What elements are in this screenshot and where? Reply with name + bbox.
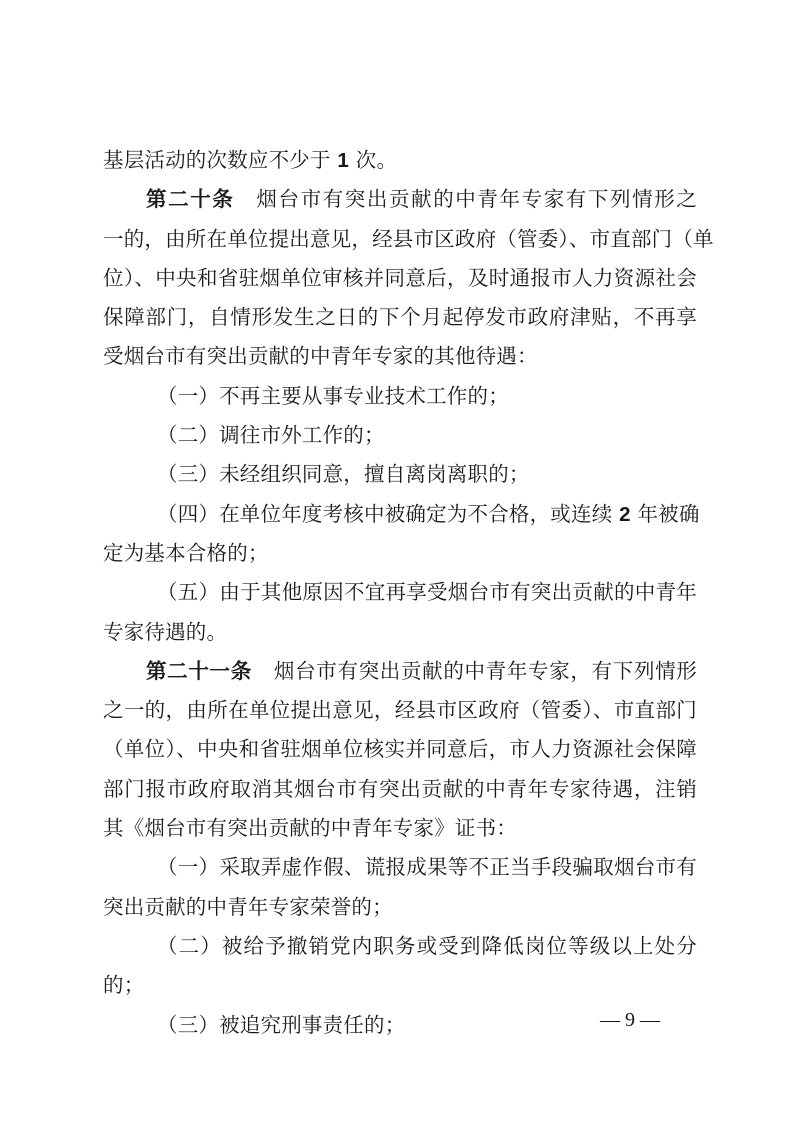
paragraph-line: 定为基本合格的； (103, 534, 697, 573)
paragraph-line: （单位）、中央和省驻烟单位核实并同意后，市人力资源社会保障 (103, 730, 697, 769)
list-item: （二）调往市外工作的； (103, 416, 697, 455)
article-21-heading-line: 第二十一条烟台市有突出贡献的中青年专家，有下列情形 (103, 652, 697, 691)
line-text: 基层活动的次数应不少于 (103, 148, 331, 172)
page-number: — 9 — (600, 1009, 660, 1032)
line-text: 烟台市有突出贡献的中青年专家，有下列情形 (274, 659, 697, 683)
list-item: （四）在单位年度考核中被确定为不合格，或连续 2 年被确 (103, 495, 697, 534)
article-20-heading-line: 第二十条烟台市有突出贡献的中青年专家有下列情形之 (103, 180, 697, 219)
paragraph-line: 保障部门，自情形发生之日的下个月起停发市政府津贴，不再享 (103, 298, 697, 337)
paragraph-line: 之一的，由所在单位提出意见，经县市区政府（管委）、市直部门 (103, 691, 697, 730)
paragraph-line: 受烟台市有突出贡献的中青年专家的其他待遇： (103, 337, 697, 376)
article-heading: 第二十条 (146, 187, 234, 211)
paragraph-line: 一的，由所在单位提出意见，经县市区政府（管委）、市直部门（单 (103, 220, 697, 259)
paragraph-line: 突出贡献的中青年专家荣誉的； (103, 888, 697, 927)
article-heading: 第二十一条 (146, 659, 252, 683)
list-item: （一）采取弄虚作假、谎报成果等不正当手段骗取烟台市有 (103, 848, 697, 887)
line-number-value: 2 (619, 503, 631, 526)
paragraph-line: 基层活动的次数应不少于 1 次。 (103, 141, 697, 180)
paragraph-line: 的； (103, 966, 697, 1005)
line-text: 年被确 (637, 502, 699, 526)
paragraph-line: 专家待遇的。 (103, 613, 697, 652)
document-body: 基层活动的次数应不少于 1 次。 第二十条烟台市有突出贡献的中青年专家有下列情形… (103, 141, 697, 1045)
line-text: 烟台市有突出贡献的中青年专家有下列情形之 (256, 187, 697, 211)
list-item: （二）被给予撤销党内职务或受到降低岗位等级以上处分 (103, 927, 697, 966)
line-number-value: 1 (337, 149, 349, 172)
paragraph-line: 其《烟台市有突出贡献的中青年专家》证书： (103, 809, 697, 848)
list-item: （五）由于其他原因不宜再享受烟台市有突出贡献的中青年 (103, 573, 697, 612)
paragraph-line: 部门报市政府取消其烟台市有突出贡献的中青年专家待遇，注销 (103, 770, 697, 809)
document-page: 基层活动的次数应不少于 1 次。 第二十条烟台市有突出贡献的中青年专家有下列情形… (0, 0, 799, 1132)
list-item: （三）未经组织同意，擅自离岗离职的； (103, 455, 697, 494)
line-text: 次。 (356, 148, 397, 172)
paragraph-line: 位）、中央和省驻烟单位审核并同意后，及时通报市人力资源社会 (103, 259, 697, 298)
line-text: （四）在单位年度考核中被确定为不合格，或连续 (157, 502, 612, 526)
list-item: （一）不再主要从事专业技术工作的； (103, 377, 697, 416)
